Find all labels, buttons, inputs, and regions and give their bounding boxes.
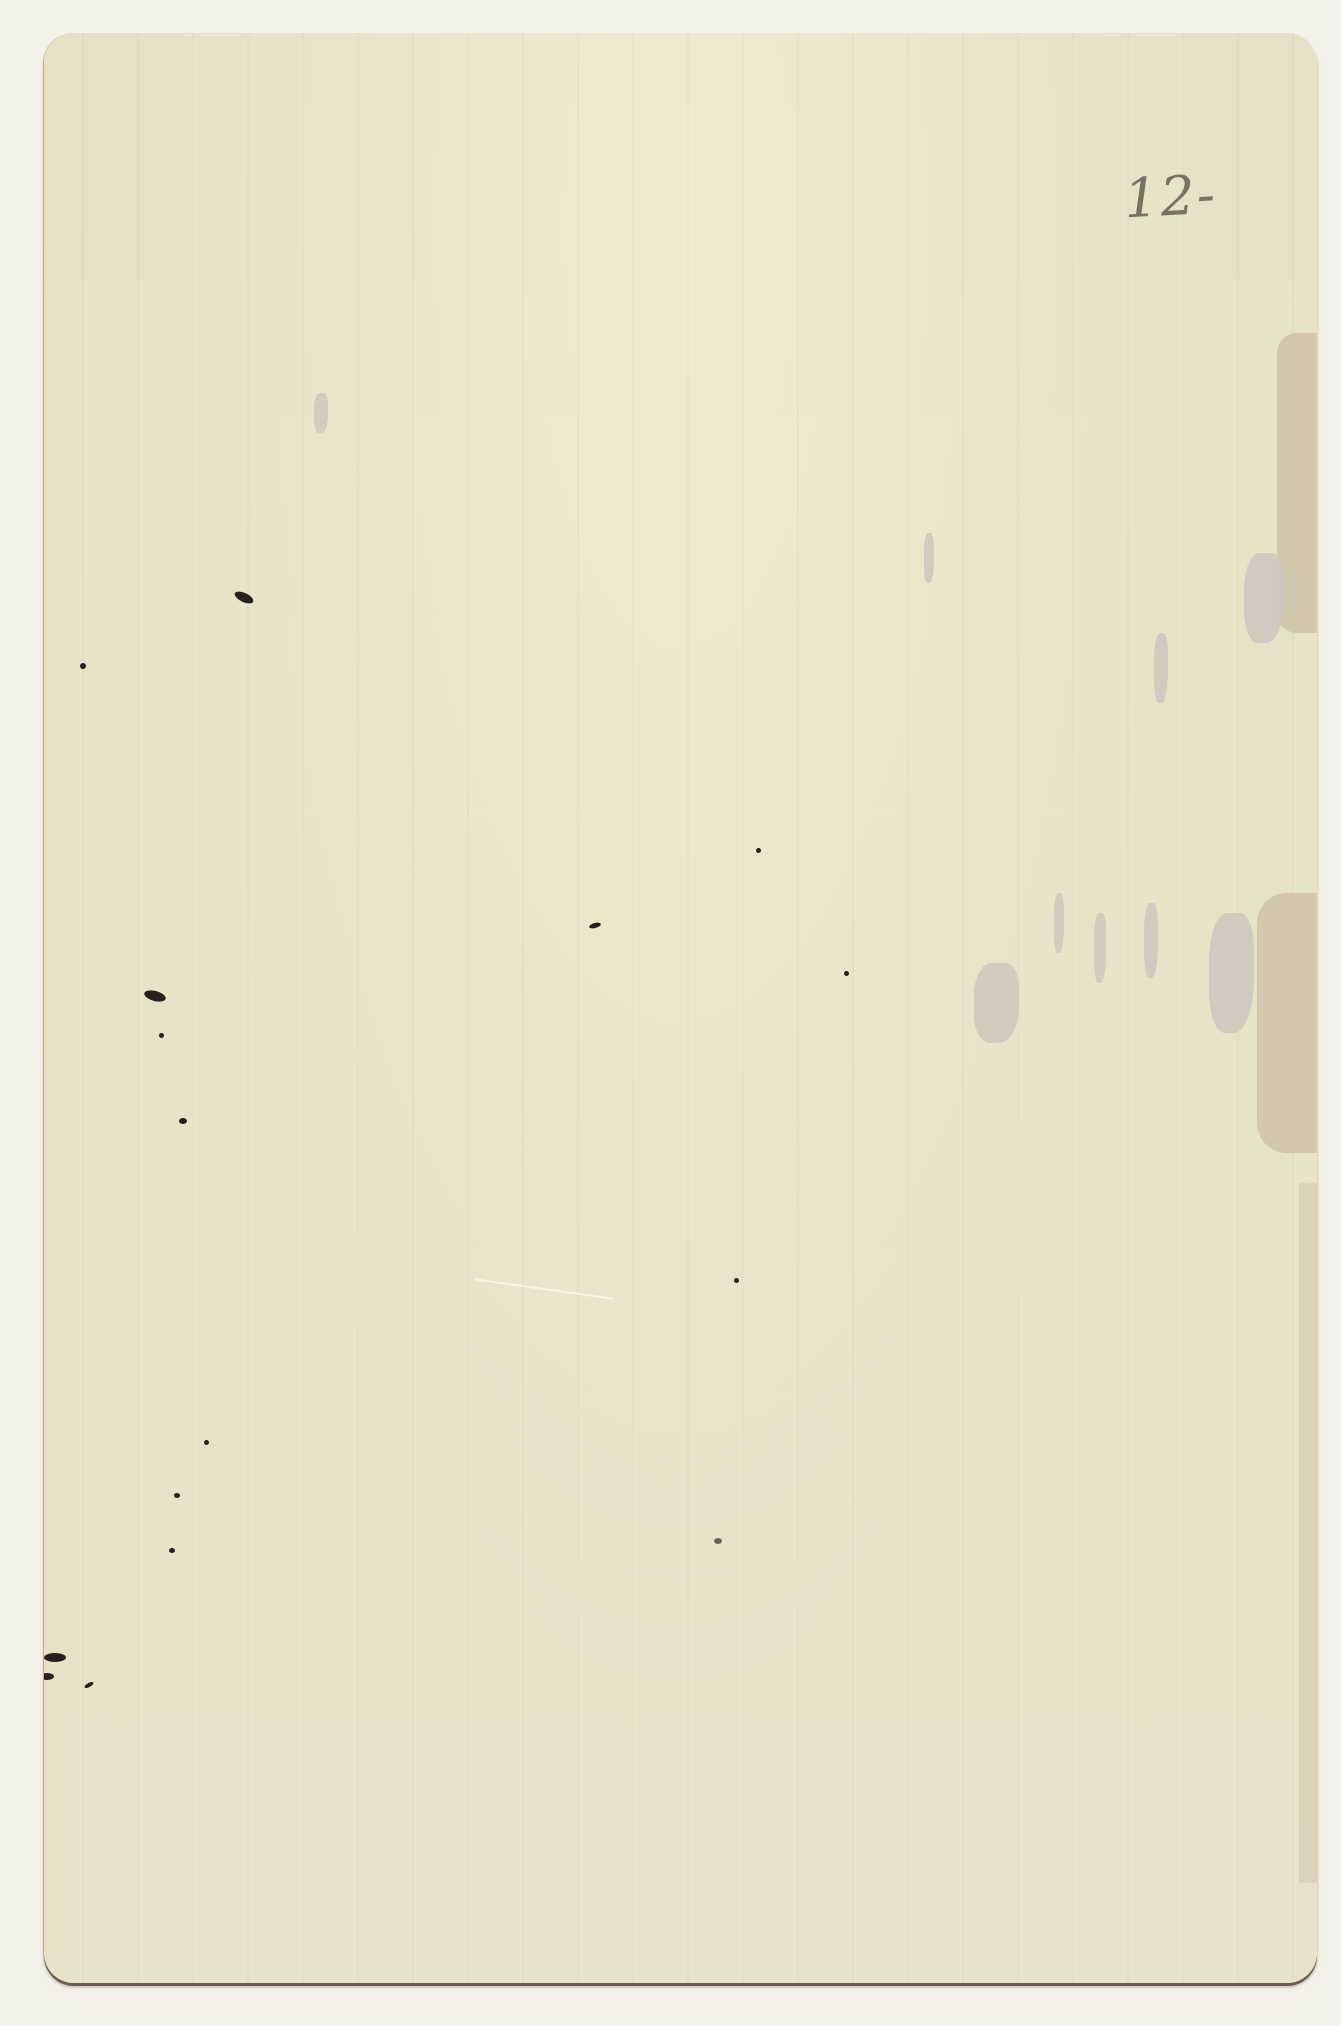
peel-patch	[1209, 913, 1254, 1033]
ink-speck	[174, 1493, 180, 1498]
peeled-edge-middle	[1257, 893, 1317, 1153]
ink-speck	[734, 1278, 739, 1283]
paper-texture	[44, 33, 1317, 1983]
peel-patch	[314, 393, 328, 433]
scan-background: 12-	[0, 0, 1341, 2026]
ink-speck	[44, 1653, 66, 1662]
peel-patch	[974, 963, 1019, 1043]
peel-patch	[1144, 903, 1158, 978]
ink-speck	[159, 1033, 164, 1038]
ink-speck	[169, 1548, 175, 1553]
peel-patch	[1054, 893, 1064, 953]
handwritten-number: 12-	[1122, 163, 1218, 231]
ink-speck	[204, 1440, 209, 1445]
peeled-edge-lower	[1299, 1183, 1317, 1883]
ink-speck	[844, 971, 849, 976]
ink-speck	[80, 663, 86, 669]
peel-patch	[924, 533, 934, 583]
peel-patch	[1094, 913, 1106, 983]
ink-speck	[179, 1118, 187, 1124]
ink-speck	[714, 1538, 722, 1544]
cabinet-card-back: 12-	[44, 33, 1317, 1983]
peel-patch	[1244, 553, 1284, 643]
peel-patch	[1154, 633, 1168, 703]
ink-speck	[756, 848, 761, 853]
